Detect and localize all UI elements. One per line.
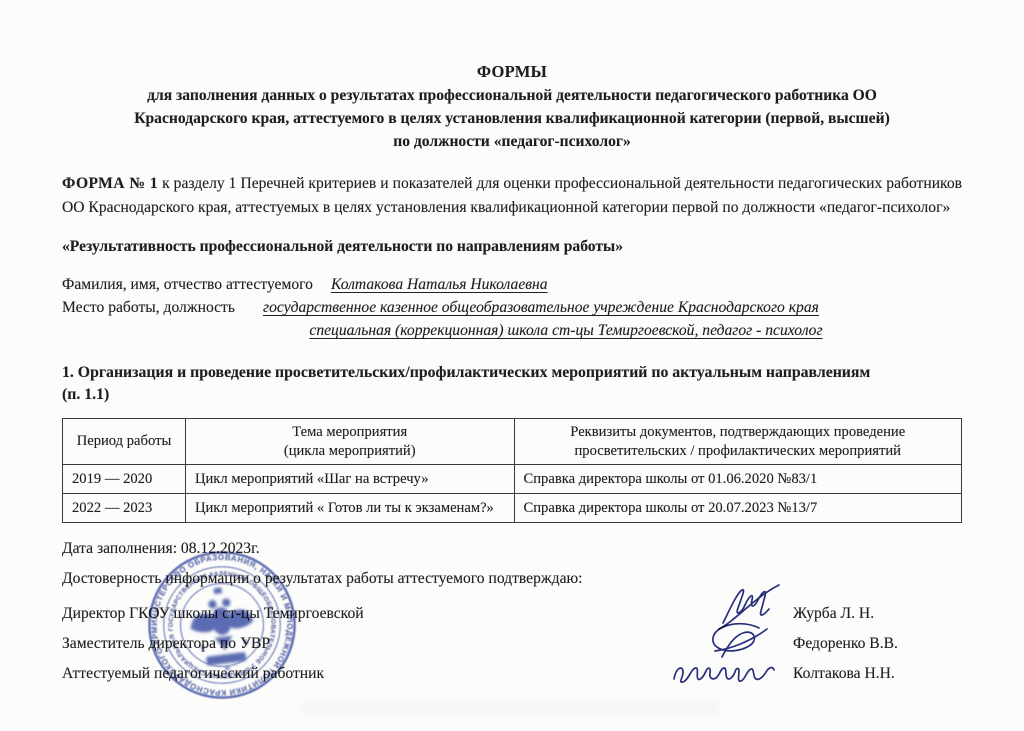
workplace-value-line1: государственное казенное общеобразовател… — [263, 299, 819, 316]
signature-koltakova-image — [670, 657, 778, 689]
scanned-document-page: ФОРМЫ для заполнения данных о результата… — [0, 0, 1024, 731]
table-cell-theme: Цикл мероприятий «Шаг на встречу» — [185, 465, 514, 494]
attestee-name-value: Колтакова Наталья Николаевна — [331, 276, 548, 293]
signature-fedorenko-image — [707, 619, 773, 661]
scan-smudge — [300, 700, 720, 716]
table-cell-period: 2019 — 2020 — [63, 465, 186, 494]
table-cell-period: 2022 — 2023 — [63, 494, 186, 523]
table-header-theme: Тема мероприятия (цикла мероприятий) — [185, 419, 514, 465]
document-subtitle-line1: для заполнения данных о результатах проф… — [62, 84, 962, 107]
table-row: 2019 — 2020 Цикл мероприятий «Шаг на вст… — [63, 465, 962, 494]
document-subtitle-line2: Краснодарского края, аттестуемого в целя… — [62, 107, 962, 130]
attestee-name-label: Фамилия, имя, отчество аттестуемого — [62, 276, 313, 293]
workplace-value-line2: специальная (коррекционная) школа ст-цы … — [309, 322, 822, 339]
attestee-name-line: Фамилия, имя, отчество аттестуемогоКолта… — [62, 273, 962, 296]
result-heading: «Результативность профессиональной деяте… — [62, 238, 962, 256]
signer-name: Колтакова Н.Н. — [793, 659, 895, 689]
criteria-table: Период работы Тема мероприятия (цикла ме… — [62, 418, 962, 523]
signer-name: Федоренко В.В. — [793, 629, 898, 659]
official-stamp: МИНИСТЕРСТВО ОБРАЗОВАНИЯ, НАУКИ И МОЛОДЕ… — [134, 537, 310, 713]
form-intro-text: к разделу 1 Перечней критериев и показат… — [62, 175, 962, 216]
section1-heading-line1: 1. Организация и проведение просветитель… — [62, 362, 962, 384]
table-cell-docs: Справка директора школы от 01.06.2020 №8… — [514, 465, 962, 494]
table-header-docs: Реквизиты документов, подтверждающих про… — [514, 419, 962, 465]
form-number-label: ФОРМА № 1 — [62, 175, 158, 192]
document-title: ФОРМЫ — [62, 62, 962, 82]
stamp-emblem — [186, 584, 259, 674]
document-subtitle-line3: по должности «педагог-психолог» — [62, 130, 962, 153]
table-header-row: Период работы Тема мероприятия (цикла ме… — [63, 419, 962, 465]
workplace-line: Место работы, должностьгосударственное к… — [62, 296, 962, 319]
workplace-label: Место работы, должность — [62, 299, 235, 316]
section1-heading-line2: (п. 1.1) — [62, 384, 962, 406]
table-cell-theme: Цикл мероприятий « Готов ли ты к экзамен… — [185, 494, 514, 523]
form-intro-paragraph: ФОРМА № 1 к разделу 1 Перечней критериев… — [62, 172, 962, 219]
table-row: 2022 — 2023 Цикл мероприятий « Готов ли … — [63, 494, 962, 523]
signer-name: Журба Л. Н. — [793, 599, 874, 629]
table-header-period: Период работы — [63, 419, 186, 465]
table-cell-docs: Справка директора школы от 20.07.2023 №1… — [514, 494, 962, 523]
